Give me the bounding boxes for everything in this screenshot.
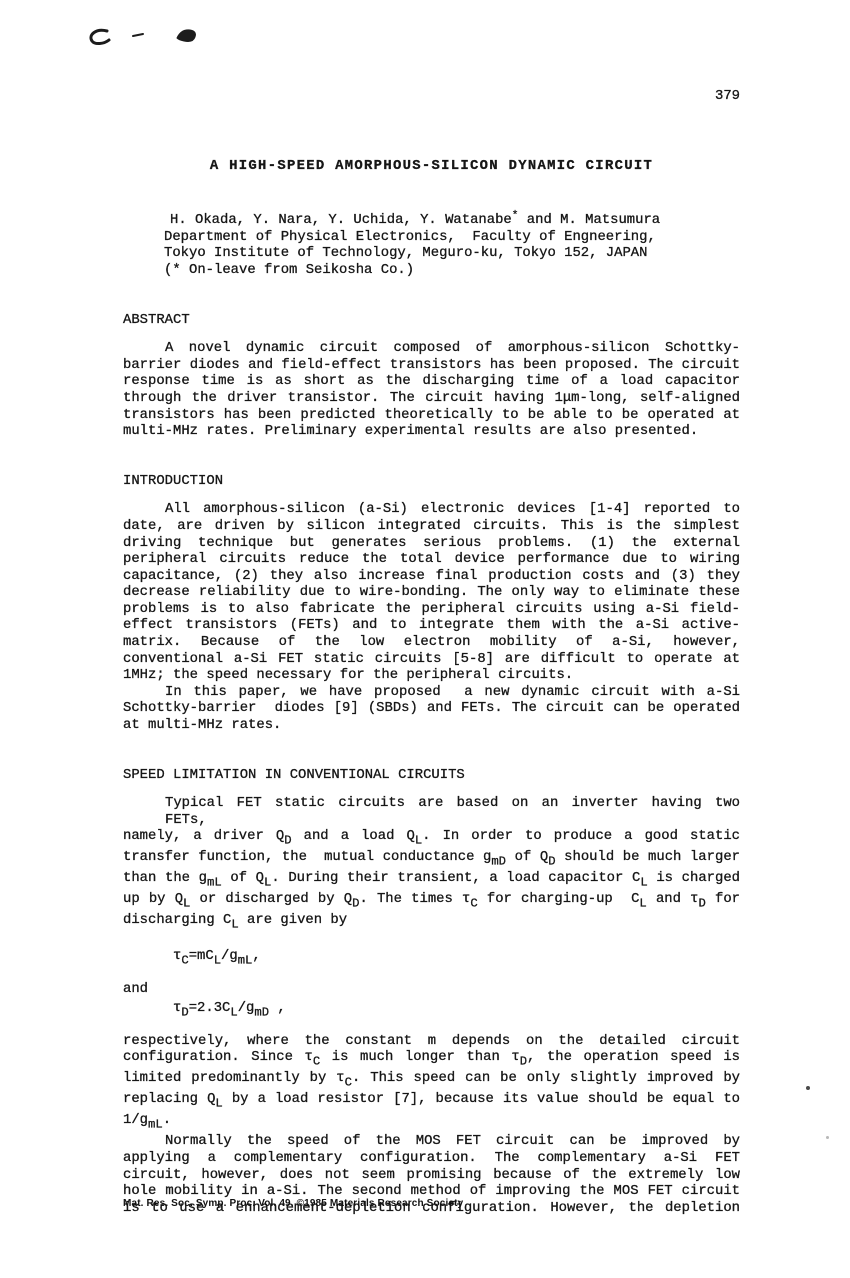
- subscript: mD: [491, 855, 506, 869]
- subscript: mL: [148, 1118, 163, 1132]
- text-line: All amorphous-silicon (a-Si) electronic …: [123, 501, 740, 518]
- text-line: up by QL or discharged by QD. The times …: [123, 891, 740, 912]
- affiliation-line: (* On-leave from Seikosha Co.): [164, 262, 740, 279]
- text-line: at multi-MHz rates.: [123, 717, 740, 734]
- text-line: date, are driven by silicon integrated c…: [123, 518, 740, 535]
- subscript: D: [698, 897, 705, 911]
- subscript: D: [181, 1005, 188, 1019]
- text-line: A novel dynamic circuit composed of amor…: [123, 340, 740, 357]
- affiliation-line: Department of Physical Electronics, Facu…: [164, 229, 740, 246]
- subscript: C: [345, 1076, 352, 1090]
- text-line: limited predominantly by τC. This speed …: [123, 1070, 740, 1091]
- superscript: *: [512, 210, 519, 222]
- connector-text: and: [123, 981, 740, 998]
- subscript: mD: [254, 1005, 269, 1019]
- text-line: In this paper, we have proposed a new dy…: [123, 684, 740, 701]
- subscript: D: [284, 834, 291, 848]
- equation-line: τC=mCL/gmL,: [173, 948, 740, 969]
- section-heading: SPEED LIMITATION IN CONVENTIONAL CIRCUIT…: [123, 767, 740, 784]
- author-affiliation-block: H. Okada, Y. Nara, Y. Uchida, Y. Watanab…: [123, 208, 740, 278]
- text-line: respectively, where the constant m depen…: [123, 1033, 740, 1050]
- text-line: Schottky-barrier diodes [9] (SBDs) and F…: [123, 700, 740, 717]
- text-line: barrier diodes and field-effect transist…: [123, 357, 740, 374]
- text-line: effect transistors (FETs) and to integra…: [123, 617, 740, 634]
- text-line: problems is to also fabricate the periph…: [123, 601, 740, 618]
- paragraph: A novel dynamic circuit composed of amor…: [123, 340, 740, 440]
- section-heading: ABSTRACT: [123, 312, 740, 329]
- subscript: D: [520, 1055, 527, 1069]
- text-line: response time is as short as the dischar…: [123, 373, 740, 390]
- text-line: decrease reliability due to wire-bonding…: [123, 584, 740, 601]
- text-line: multi-MHz rates. Preliminary experimenta…: [123, 423, 740, 440]
- page-number: 379: [123, 88, 740, 105]
- equation-line: τD=2.3CL/gmD ,: [173, 1000, 740, 1021]
- text-line: matrix. Because of the low electron mobi…: [123, 634, 740, 651]
- section-heading: INTRODUCTION: [123, 473, 740, 490]
- text-line: Typical FET static circuits are based on…: [123, 795, 740, 828]
- text-line: through the driver transistor. The circu…: [123, 390, 740, 407]
- subscript: L: [230, 1005, 237, 1019]
- subscript: L: [231, 918, 238, 932]
- paragraph: Typical FET static circuits are based on…: [123, 795, 740, 933]
- subscript: L: [415, 834, 422, 848]
- scan-speck: [806, 1086, 810, 1090]
- subscript: L: [639, 897, 646, 911]
- subscript: L: [183, 897, 190, 911]
- subscript: C: [313, 1055, 320, 1069]
- text-line: conventional a-Si FET static circuits [5…: [123, 651, 740, 668]
- text-line: 1MHz; the speed necessary for the periph…: [123, 667, 740, 684]
- subscript: C: [181, 954, 188, 968]
- subscript: D: [548, 855, 555, 869]
- handwritten-pen-marks: [83, 24, 209, 54]
- text-line: Normally the speed of the MOS FET circui…: [123, 1133, 740, 1150]
- text-line: transfer function, the mutual conductanc…: [123, 849, 740, 870]
- text-line: transistors has been predicted theoretic…: [123, 407, 740, 424]
- subscript: L: [640, 876, 647, 890]
- text-line: 1/gmL.: [123, 1112, 740, 1133]
- paragraph: In this paper, we have proposed a new dy…: [123, 684, 740, 734]
- subscript: L: [214, 954, 221, 968]
- affiliation-line: Tokyo Institute of Technology, Meguro-ku…: [164, 245, 740, 262]
- scan-speck: [826, 1136, 829, 1139]
- paragraph: respectively, where the constant m depen…: [123, 1033, 740, 1134]
- text-line: than the gmL of QL. During their transie…: [123, 870, 740, 891]
- subscript: C: [470, 897, 477, 911]
- text-line: applying a complementary configuration. …: [123, 1150, 740, 1167]
- subscript: mL: [238, 954, 253, 968]
- text-line: peripheral circuits reduce the total dev…: [123, 551, 740, 568]
- text-line: namely, a driver QD and a load QL. In or…: [123, 828, 740, 849]
- subscript: D: [352, 897, 359, 911]
- subscript: mL: [207, 876, 222, 890]
- paper-title: A HIGH-SPEED AMORPHOUS-SILICON DYNAMIC C…: [123, 158, 740, 175]
- subscript: L: [215, 1097, 222, 1111]
- text-line: capacitance, (2) they also increase fina…: [123, 568, 740, 585]
- author-line: H. Okada, Y. Nara, Y. Uchida, Y. Watanab…: [164, 208, 740, 229]
- text-line: driving technique but generates serious …: [123, 535, 740, 552]
- paragraph: All amorphous-silicon (a-Si) electronic …: [123, 501, 740, 684]
- document-page: 379 A HIGH-SPEED AMORPHOUS-SILICON DYNAM…: [0, 0, 850, 1278]
- proceedings-footer-line: Mat. Res. Soc. Symp. Proc. Vol. 49. ©198…: [123, 1196, 463, 1213]
- paper-body: ABSTRACTA novel dynamic circuit composed…: [123, 312, 740, 1217]
- text-line: circuit, however, does not seem promisin…: [123, 1167, 740, 1184]
- text-line: replacing QL by a load resistor [7], bec…: [123, 1091, 740, 1112]
- text-line: configuration. Since τC is much longer t…: [123, 1049, 740, 1070]
- subscript: L: [264, 876, 271, 890]
- text-line: discharging CL are given by: [123, 912, 740, 933]
